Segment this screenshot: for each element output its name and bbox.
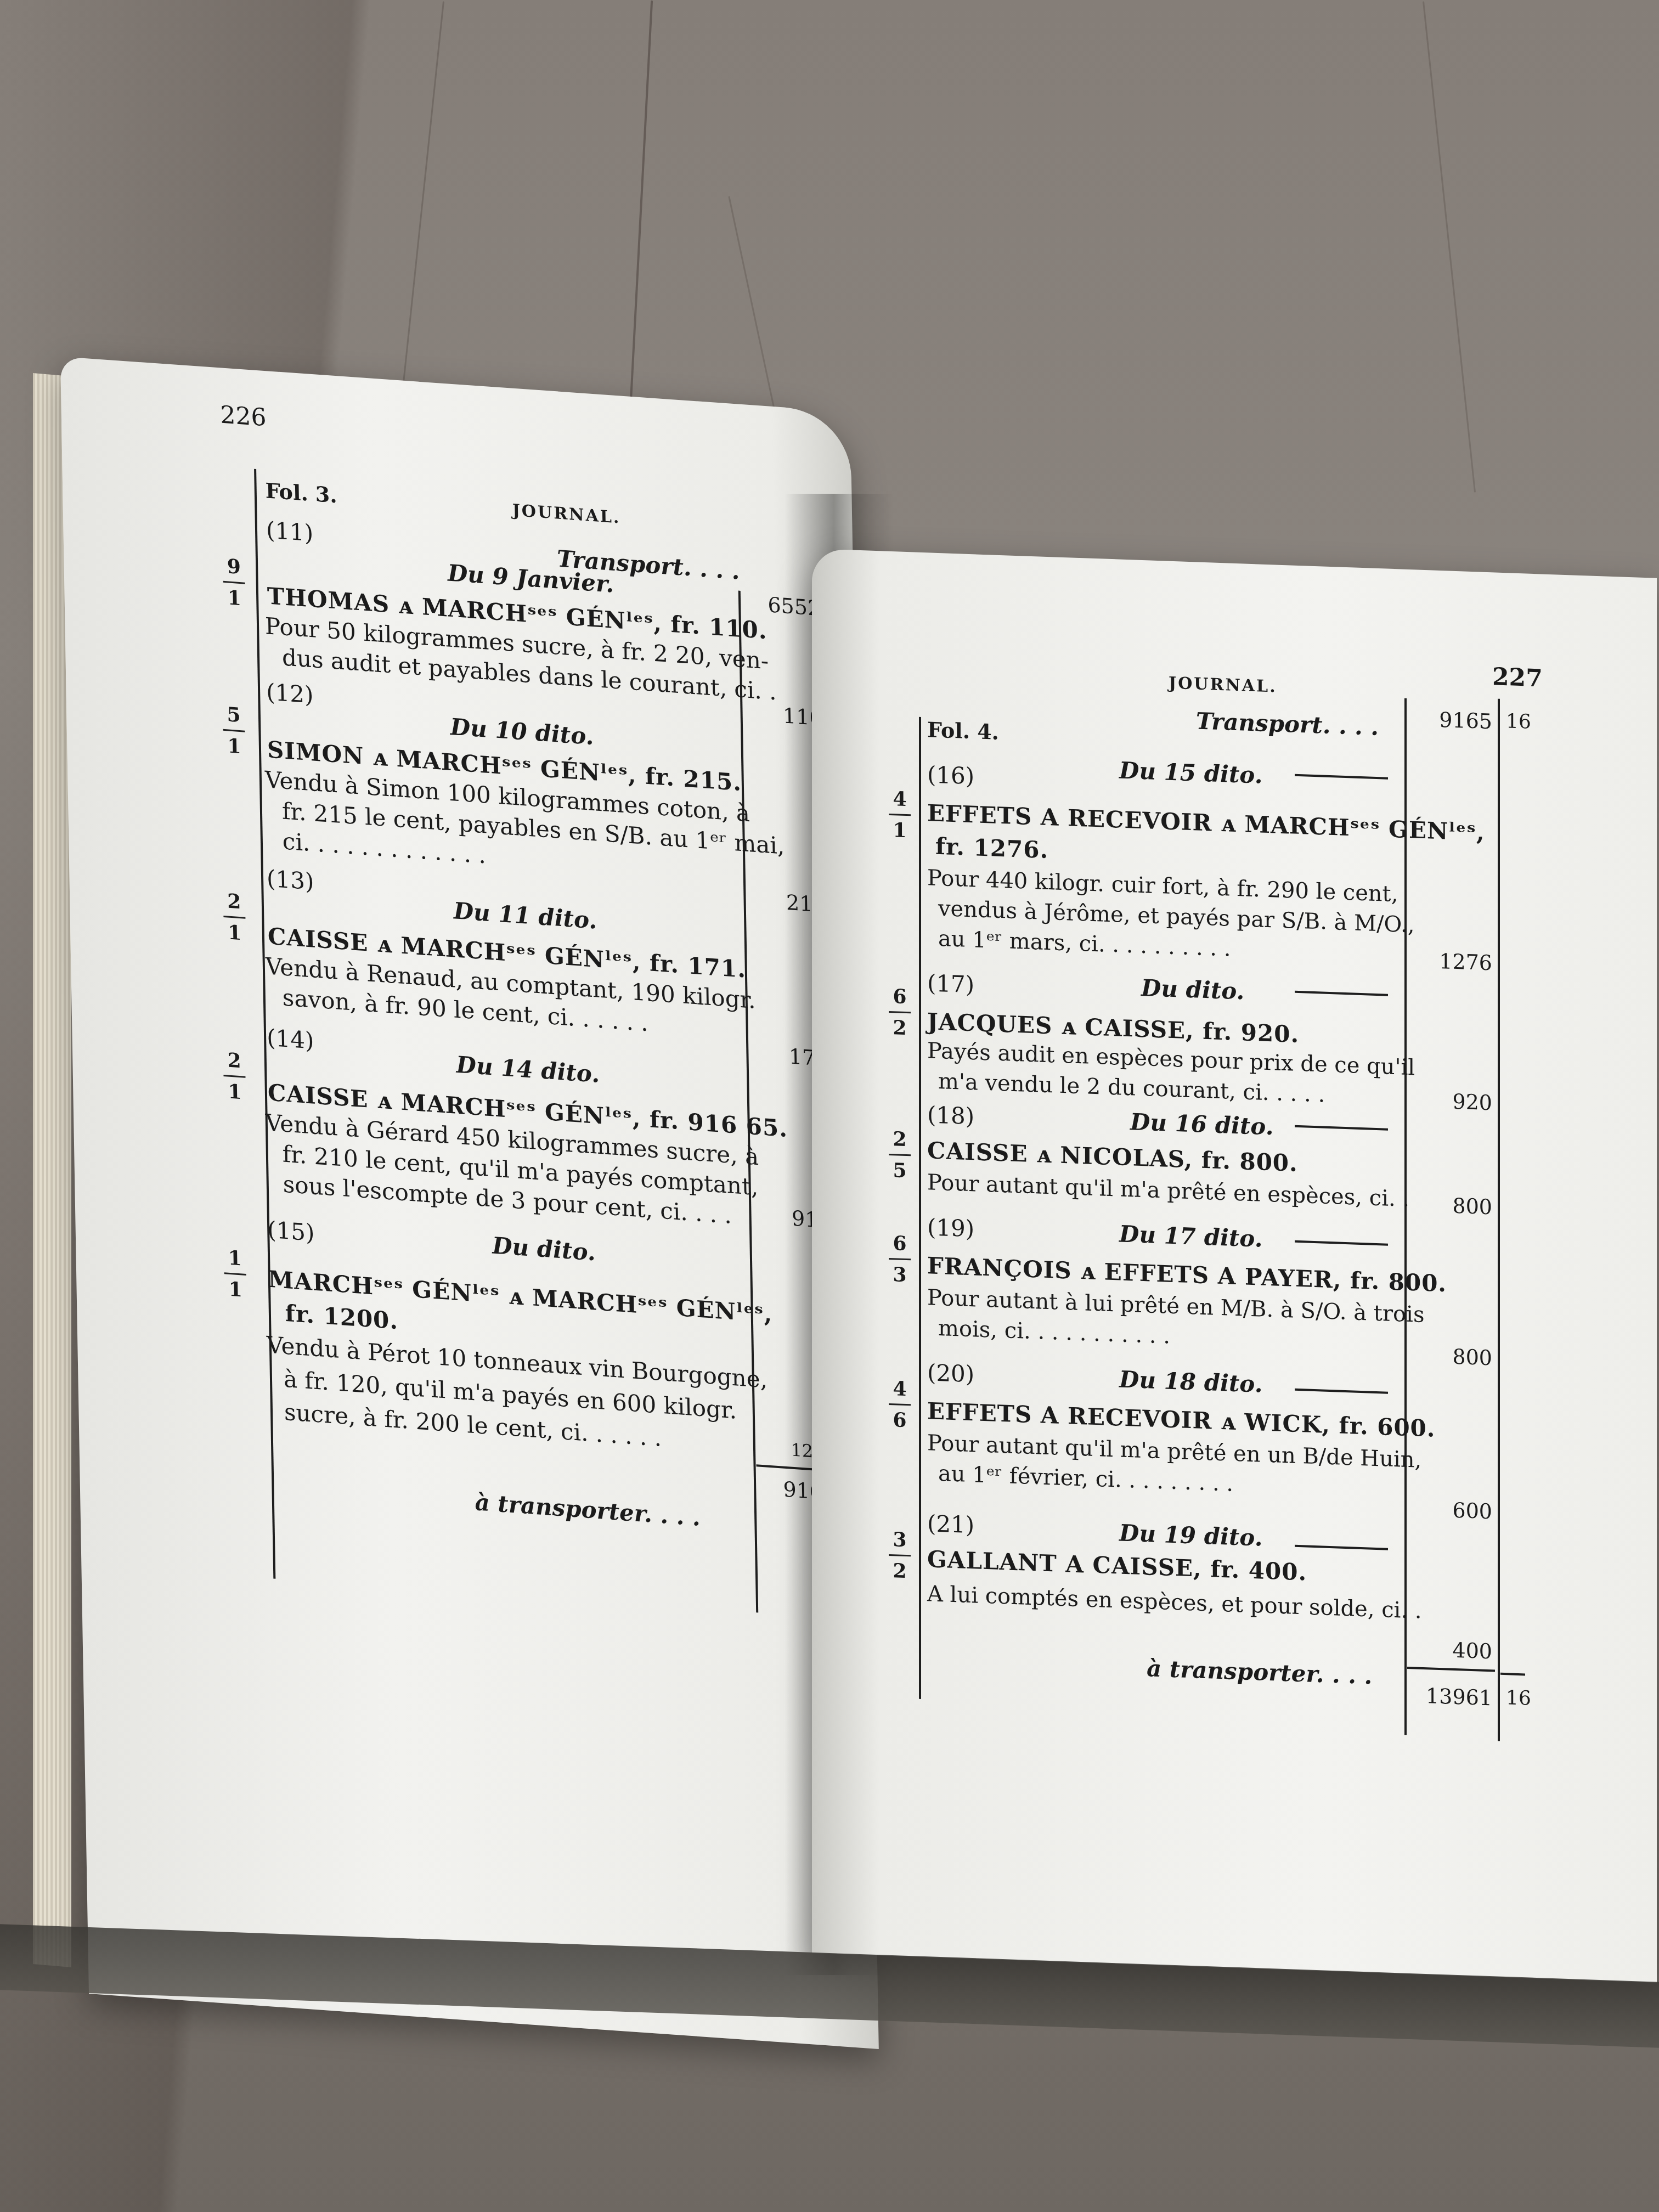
- entry-amount: 400: [1410, 1637, 1492, 1663]
- ledger-left-rule: [919, 717, 921, 1699]
- entry-line: A lui comptés en espèces, et pour solde,…: [927, 1581, 1422, 1623]
- entry-date: Du 18 dito.: [1119, 1366, 1262, 1398]
- entry-date: Du dito.: [1141, 974, 1244, 1005]
- entry-amount: 1276: [1410, 948, 1492, 975]
- date-rule: [1295, 991, 1388, 996]
- folio-ref: 63: [889, 1232, 911, 1286]
- carry-forward-label: à transporter. . . .: [1147, 1655, 1372, 1689]
- entry-amount: 800: [1410, 1343, 1492, 1370]
- entry-number: (20): [927, 1359, 974, 1387]
- total-rule-cents: [1500, 1673, 1525, 1676]
- entry-line: Pour autant qu'il m'a prêté en espèces, …: [927, 1170, 1409, 1212]
- running-head: JOURNAL.: [1169, 674, 1277, 697]
- carry-forward-cents: 16: [1506, 1686, 1531, 1710]
- entry-amount: 600: [1410, 1497, 1492, 1523]
- entry-number: (16): [927, 761, 974, 789]
- entry-heading-amount: fr. 1200.: [285, 1300, 398, 1334]
- open-book: 226 Fol. 3. JOURNAL. Transport. . . . 65…: [0, 0, 1659, 2212]
- entry-date: Du 15 dito.: [1119, 757, 1262, 789]
- folio-label: Fol. 3.: [265, 478, 337, 507]
- folio-ref: 51: [223, 703, 246, 759]
- date-rule: [1295, 1389, 1388, 1394]
- entry-heading: CAISSE ᴀ NICOLAS, fr. 800.: [927, 1137, 1298, 1177]
- page-number: 226: [220, 400, 267, 432]
- entry-number: (21): [927, 1510, 974, 1538]
- folio-ref: 91: [223, 555, 246, 611]
- entry-number: (14): [267, 1024, 314, 1054]
- entry-heading: GALLANT A CAISSE, fr. 400.: [927, 1545, 1307, 1585]
- entry-amount: 800: [1410, 1192, 1492, 1219]
- date-rule: [1295, 774, 1388, 780]
- transport-cents: 16: [1506, 710, 1531, 733]
- cents-column-rule: [1498, 699, 1500, 1741]
- entry-date: Du 10 dito.: [450, 713, 594, 750]
- total-rule: [1407, 1667, 1495, 1672]
- amount-column-rule: [1404, 698, 1407, 1735]
- page-number: 227: [1492, 663, 1543, 692]
- entry-heading-amount: fr. 1276.: [935, 833, 1048, 864]
- entry-number: (18): [927, 1101, 974, 1130]
- folio-ref: 21: [223, 889, 246, 945]
- entry-date: Du 17 dito.: [1119, 1221, 1262, 1252]
- left-page: 226 Fol. 3. JOURNAL. Transport. . . . 65…: [60, 357, 879, 2049]
- transport-amount: 9165: [1410, 707, 1492, 733]
- carry-forward-amount: 13961: [1410, 1683, 1492, 1710]
- folio-ref: 46: [889, 1377, 911, 1432]
- folio-ref: 41: [889, 787, 911, 842]
- folio-ref: 32: [889, 1528, 911, 1583]
- entry-line: au 1ᵉʳ mars, ci. . . . . . . . . .: [938, 926, 1231, 962]
- entry-date: Du 19 dito.: [1119, 1520, 1262, 1551]
- entry-date: Du dito.: [492, 1232, 596, 1266]
- folio-ref: 62: [889, 985, 911, 1040]
- folio-ref: 21: [223, 1048, 246, 1104]
- date-rule: [1295, 1545, 1388, 1550]
- folio-ref: 11: [224, 1246, 247, 1302]
- folio-label: Fol. 4.: [927, 717, 999, 744]
- date-rule: [1295, 1125, 1388, 1131]
- amount-column-rule: [738, 591, 758, 1613]
- running-head: JOURNAL.: [512, 501, 620, 528]
- entry-number: (12): [266, 678, 314, 708]
- entry-amount: 920: [1410, 1088, 1492, 1115]
- entry-date: Du 11 dito.: [453, 897, 597, 934]
- entry-date: Du 16 dito.: [1130, 1108, 1273, 1140]
- carry-forward-label: à transporter. . . .: [475, 1488, 701, 1531]
- entry-number: (19): [927, 1214, 974, 1242]
- right-page: JOURNAL. 227 Fol. 4. Transport. . . . 91…: [812, 549, 1657, 1983]
- entry-number: (15): [267, 1216, 315, 1246]
- date-rule: [1295, 1240, 1388, 1246]
- entry-line: mois, ci. . . . . . . . . . .: [938, 1316, 1170, 1349]
- entry-number: (13): [267, 865, 314, 895]
- entry-line: au 1ᵉʳ février, ci. . . . . . . . .: [938, 1461, 1233, 1497]
- entry-number: (11): [266, 516, 314, 546]
- folio-ref: 25: [889, 1127, 911, 1182]
- entry-number: (17): [927, 969, 974, 998]
- entry-date: Du 14 dito.: [456, 1051, 600, 1088]
- transport-label: Transport. . . .: [1196, 707, 1379, 741]
